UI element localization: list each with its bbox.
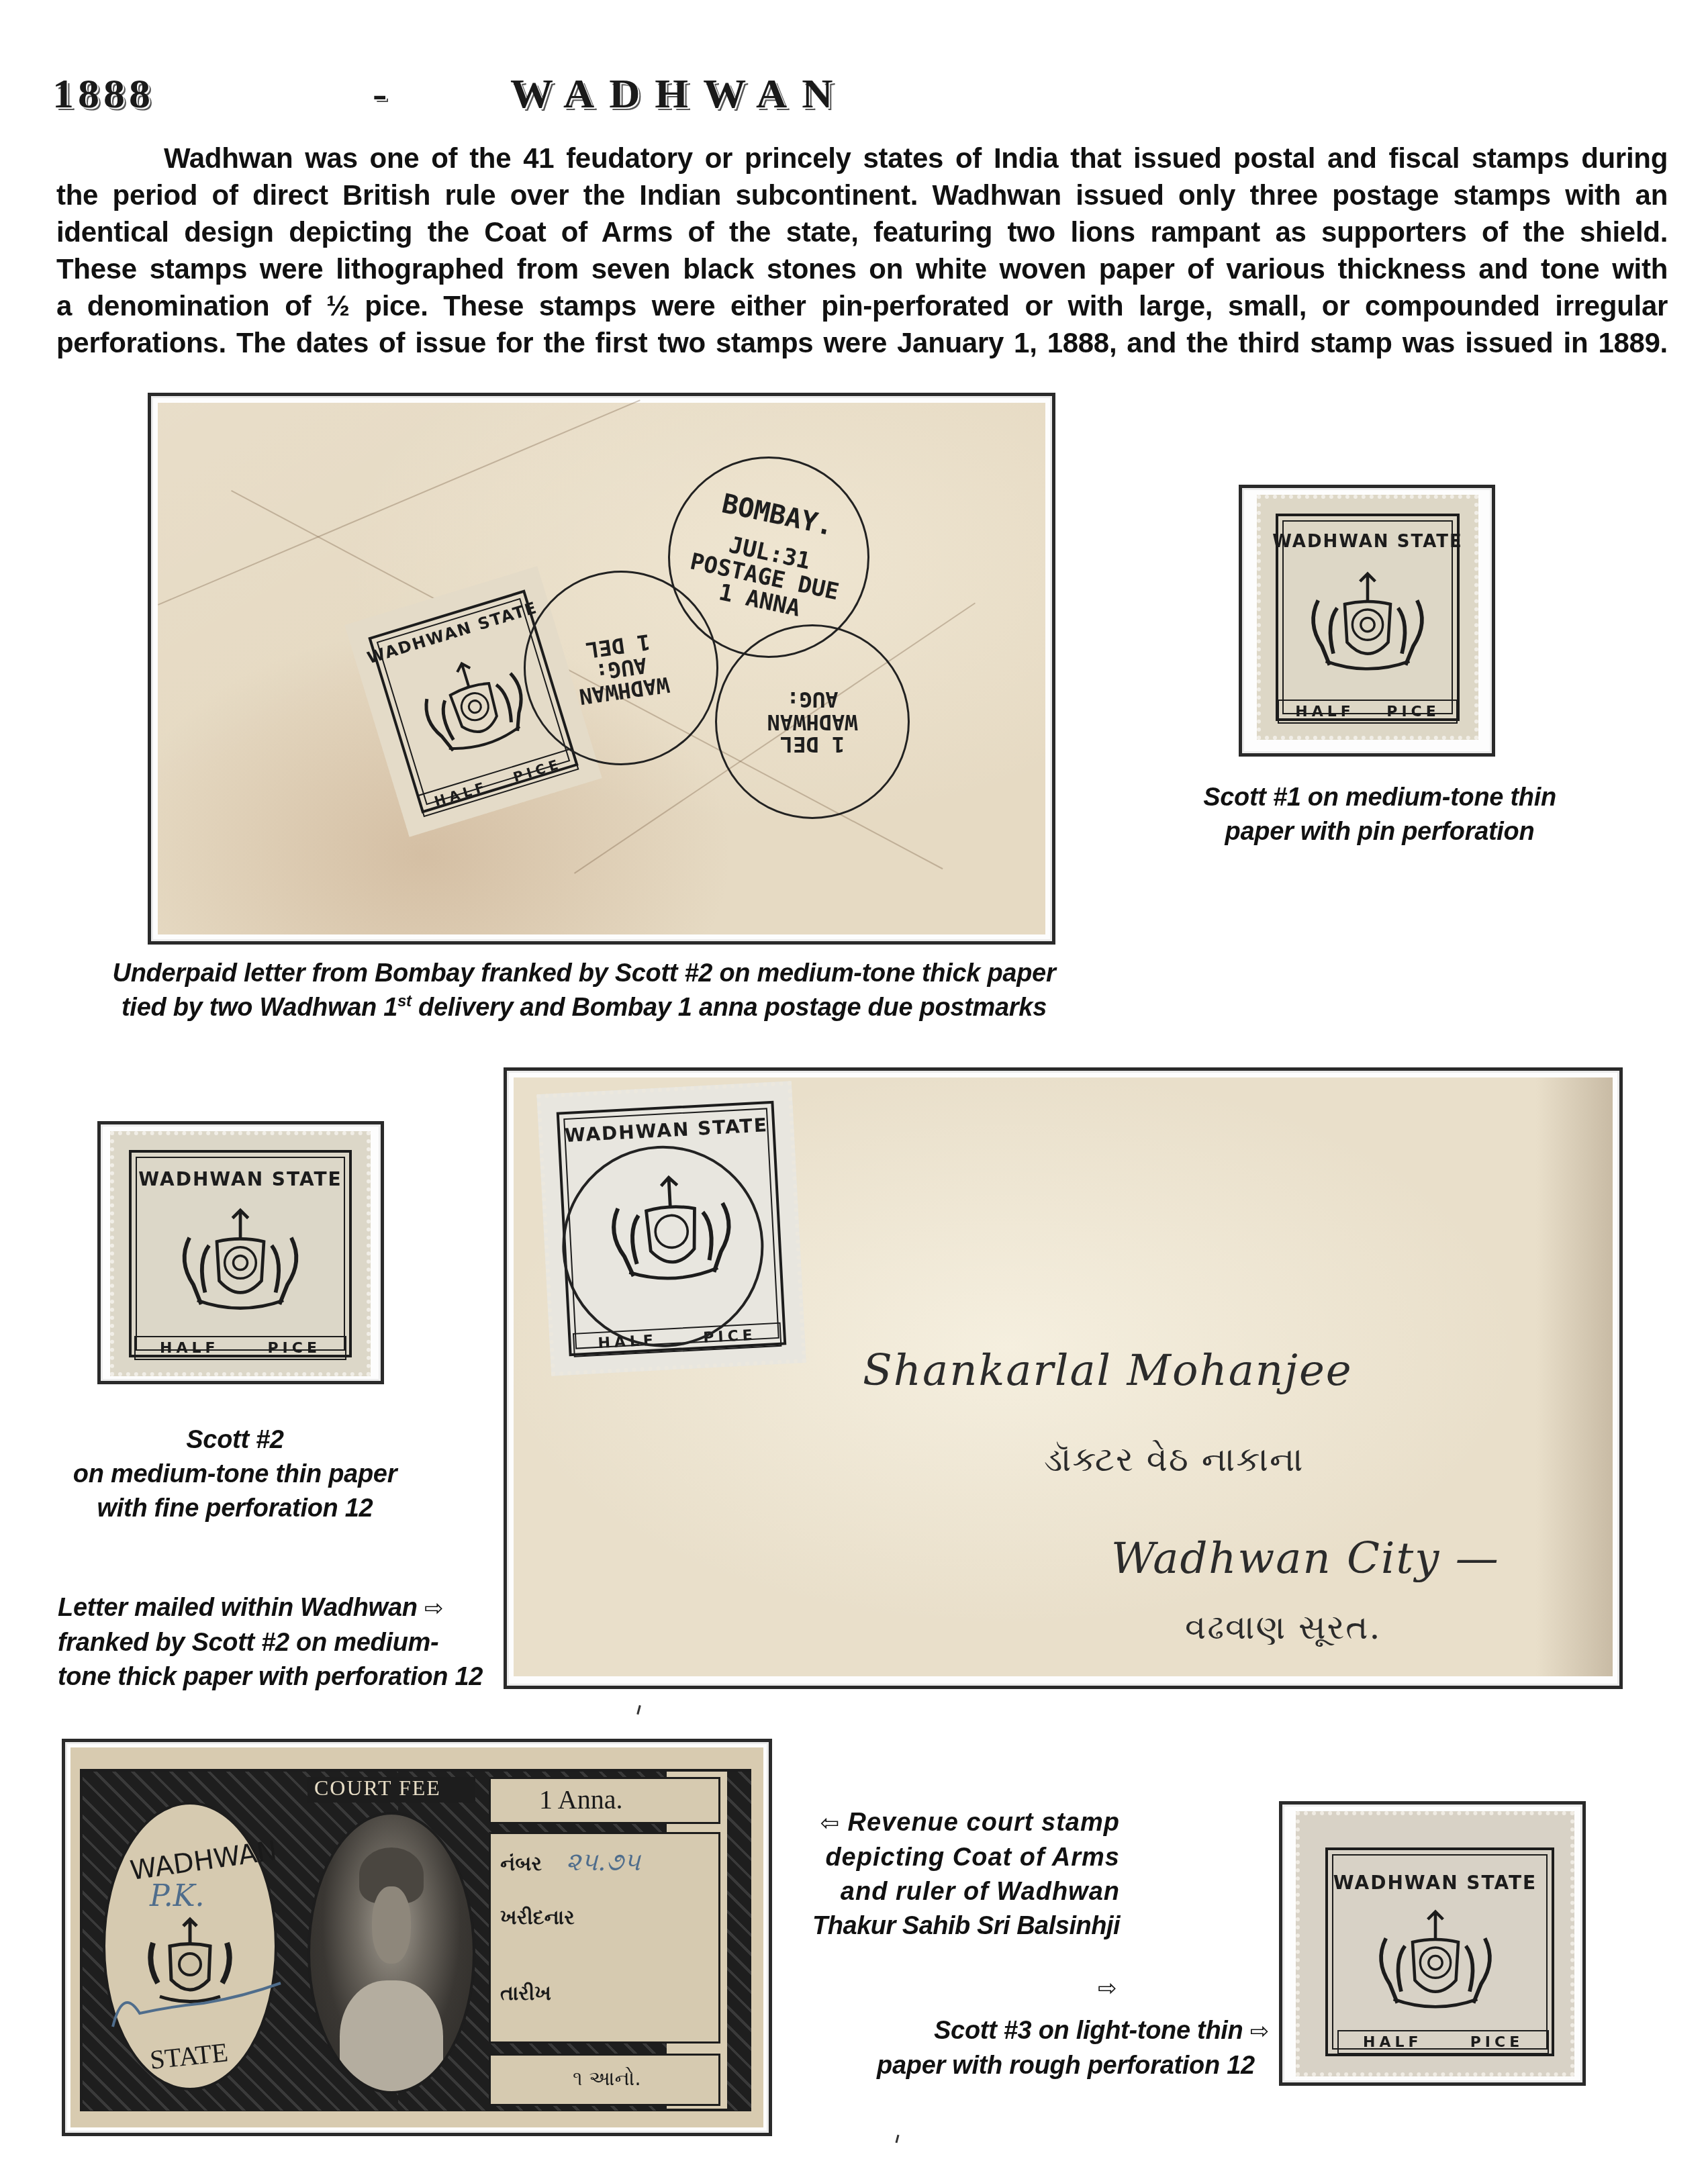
left-arrow-icon: ⇦ [820, 1810, 840, 1837]
postmark-line: 1 DEL [780, 733, 845, 756]
manuscript-initials: P.K. [150, 1879, 205, 1913]
caption-line: paper with pin perforation [1172, 815, 1588, 849]
scott1-mount: WADHWAN STATE HALF PICE [1239, 485, 1495, 757]
court-fee-value: 1 Anna. [539, 1784, 622, 1815]
field-number-value: ૨૫.૭૫ [566, 1847, 640, 1877]
cover2-mount: WADHWAN STATE HALF PICE Shankarlal Mohan… [504, 1067, 1623, 1689]
address-line: ડૉક્ટર વેઠ નાકાના [1044, 1440, 1304, 1480]
page-title-year: 1888 [52, 70, 154, 117]
stamp-value-left: HALF [160, 1340, 220, 1357]
manuscript-stroke [109, 1973, 284, 2033]
ornamental-border [727, 1772, 751, 2111]
stamp-value-right: PICE [1470, 2034, 1523, 2051]
stray-mark [895, 2135, 899, 2143]
intro-line: perforations. The dates of issue for the… [56, 324, 1668, 361]
caption-line: Underpaid letter from Bombay franked by … [81, 957, 1088, 991]
scott2-mount: WADHWAN STATE HALF PICE [97, 1121, 384, 1384]
address-line: વઢવાણ સૂરત. [1185, 1608, 1381, 1647]
caption-line: depicting Coat of Arms [779, 1841, 1120, 1875]
cover1-caption: Underpaid letter from Bombay franked by … [81, 957, 1088, 1025]
caption-line: Scott #3 on light-tone thin ⇨ [839, 2014, 1269, 2049]
intro-line: the period of direct British rule over t… [56, 177, 1668, 213]
cover2-envelope: WADHWAN STATE HALF PICE Shankarlal Mohan… [514, 1077, 1613, 1676]
stamp-top-text: WADHWAN STATE [1261, 532, 1474, 552]
postmark-wadhwan-1st-delivery: 1 DEL WADHWAN AUG: [715, 624, 910, 819]
court-fee-mount: WADHWAN P.K. STATE COURT FEE [62, 1739, 772, 2136]
stamp-top-text: WADHWAN STATE [1300, 1872, 1570, 1894]
stamp-value-right: PICE [1386, 704, 1439, 720]
intro-paragraph: Wadhwan was one of the 41 feudatory or p… [56, 140, 1668, 361]
stamp-value-left: HALF [1295, 704, 1355, 720]
cover1-mount: WADHWAN STATE HALF PICE BOMBAY. J [148, 393, 1055, 945]
scott2-stamp-on-cover: WADHWAN STATE HALF PICE [536, 1081, 806, 1376]
scott3-mount: WADHWAN STATE HALF PICE [1279, 1801, 1586, 2086]
scott2-stamp: WADHWAN STATE HALF PICE [110, 1131, 371, 1376]
stamp-value-box: HALF PICE [134, 1336, 346, 1360]
field-buyer-label: ખરીદનાર [500, 1906, 575, 1929]
scott1-caption: Scott #1 on medium-tone thin paper with … [1172, 781, 1588, 849]
cover1-envelope: WADHWAN STATE HALF PICE BOMBAY. J [158, 403, 1045, 934]
caption-line: and ruler of Wadhwan [779, 1875, 1120, 1909]
right-arrow-icon: ⇨ [1098, 1975, 1117, 2002]
court-fee-caption: ⇦ Revenue court stamp depicting Coat of … [779, 1806, 1120, 1943]
field-date-label: તારીખ [500, 1982, 551, 2005]
intro-line: These stamps were lithographed from seve… [56, 250, 1668, 287]
scott3-stamp: WADHWAN STATE HALF PICE [1296, 1811, 1574, 2076]
caption-line: on medium-tone thin paper [47, 1457, 423, 1492]
envelope-flap-crease [158, 399, 640, 606]
stamp-top-text: WADHWAN STATE [114, 1168, 367, 1190]
page-title-state: WADHWAN [510, 70, 847, 117]
right-arrow-icon: ⇨ [1250, 2018, 1269, 2045]
stray-mark [636, 1705, 641, 1715]
caption-line: Scott #1 on medium-tone thin [1172, 781, 1588, 815]
caption-line: tied by two Wadhwan 1st delivery and Bom… [81, 991, 1088, 1025]
address-line: Wadhwan City — [1111, 1534, 1500, 1584]
postmark-line: AUG: [786, 688, 838, 711]
field-number-label: નંબર [500, 1852, 542, 1876]
ruler-portrait [307, 1812, 475, 2094]
court-fee-paper: WADHWAN P.K. STATE COURT FEE [70, 1747, 763, 2127]
stamp-value-box: HALF PICE [1337, 2030, 1548, 2054]
intro-line: Wadhwan was one of the 41 feudatory or p… [56, 140, 1668, 177]
caption-line: with fine perforation 12 [47, 1492, 423, 1526]
stamp-value-right: PICE [267, 1340, 320, 1357]
caption-line: ⇦ Revenue court stamp [779, 1806, 1120, 1841]
page-title-separator: - [373, 70, 395, 117]
caption-line: franked by Scott #2 on medium- [58, 1626, 501, 1660]
scott1-stamp: WADHWAN STATE HALF PICE [1257, 495, 1478, 740]
court-fee-value-gujarati: ૧ આનો. [573, 2067, 641, 2090]
caption-line: Letter mailed within Wadhwan ⇨ [58, 1591, 501, 1626]
scott2-caption: Scott #2 on medium-tone thin paper with … [47, 1423, 423, 1526]
court-fee-stamp: WADHWAN P.K. STATE COURT FEE [80, 1769, 751, 2111]
caption-line: paper with rough perforation 12 [839, 2049, 1269, 2083]
scott3-caption: Scott #3 on light-tone thin ⇨ paper with… [839, 2014, 1269, 2083]
right-arrow-icon: ⇨ [424, 1595, 443, 1622]
cover2-caption: Letter mailed within Wadhwan ⇨ franked b… [58, 1591, 501, 1694]
stamp-value-left: HALF [1363, 2034, 1423, 2051]
caption-line: tone thick paper with perforation 12 [58, 1660, 501, 1694]
coat-of-arms-icon [156, 1206, 324, 1327]
intro-line: identical design depicting the Coat of A… [56, 213, 1668, 250]
address-line: Shankarlal Mohanjee [863, 1346, 1353, 1396]
caption-line: Thakur Sahib Sri Balsinhji [779, 1909, 1120, 1943]
intro-line: a denomination of ½ pice. These stamps w… [56, 287, 1668, 324]
postmark-line: WADHWAN [767, 710, 858, 733]
coat-of-arms-icon [1351, 1908, 1519, 2025]
caption-line: Scott #2 [47, 1423, 423, 1457]
stamp-value-box: HALF PICE [1278, 700, 1457, 724]
court-fee-header: COURT FEE [314, 1776, 441, 1800]
coat-of-arms-icon [1290, 570, 1445, 687]
